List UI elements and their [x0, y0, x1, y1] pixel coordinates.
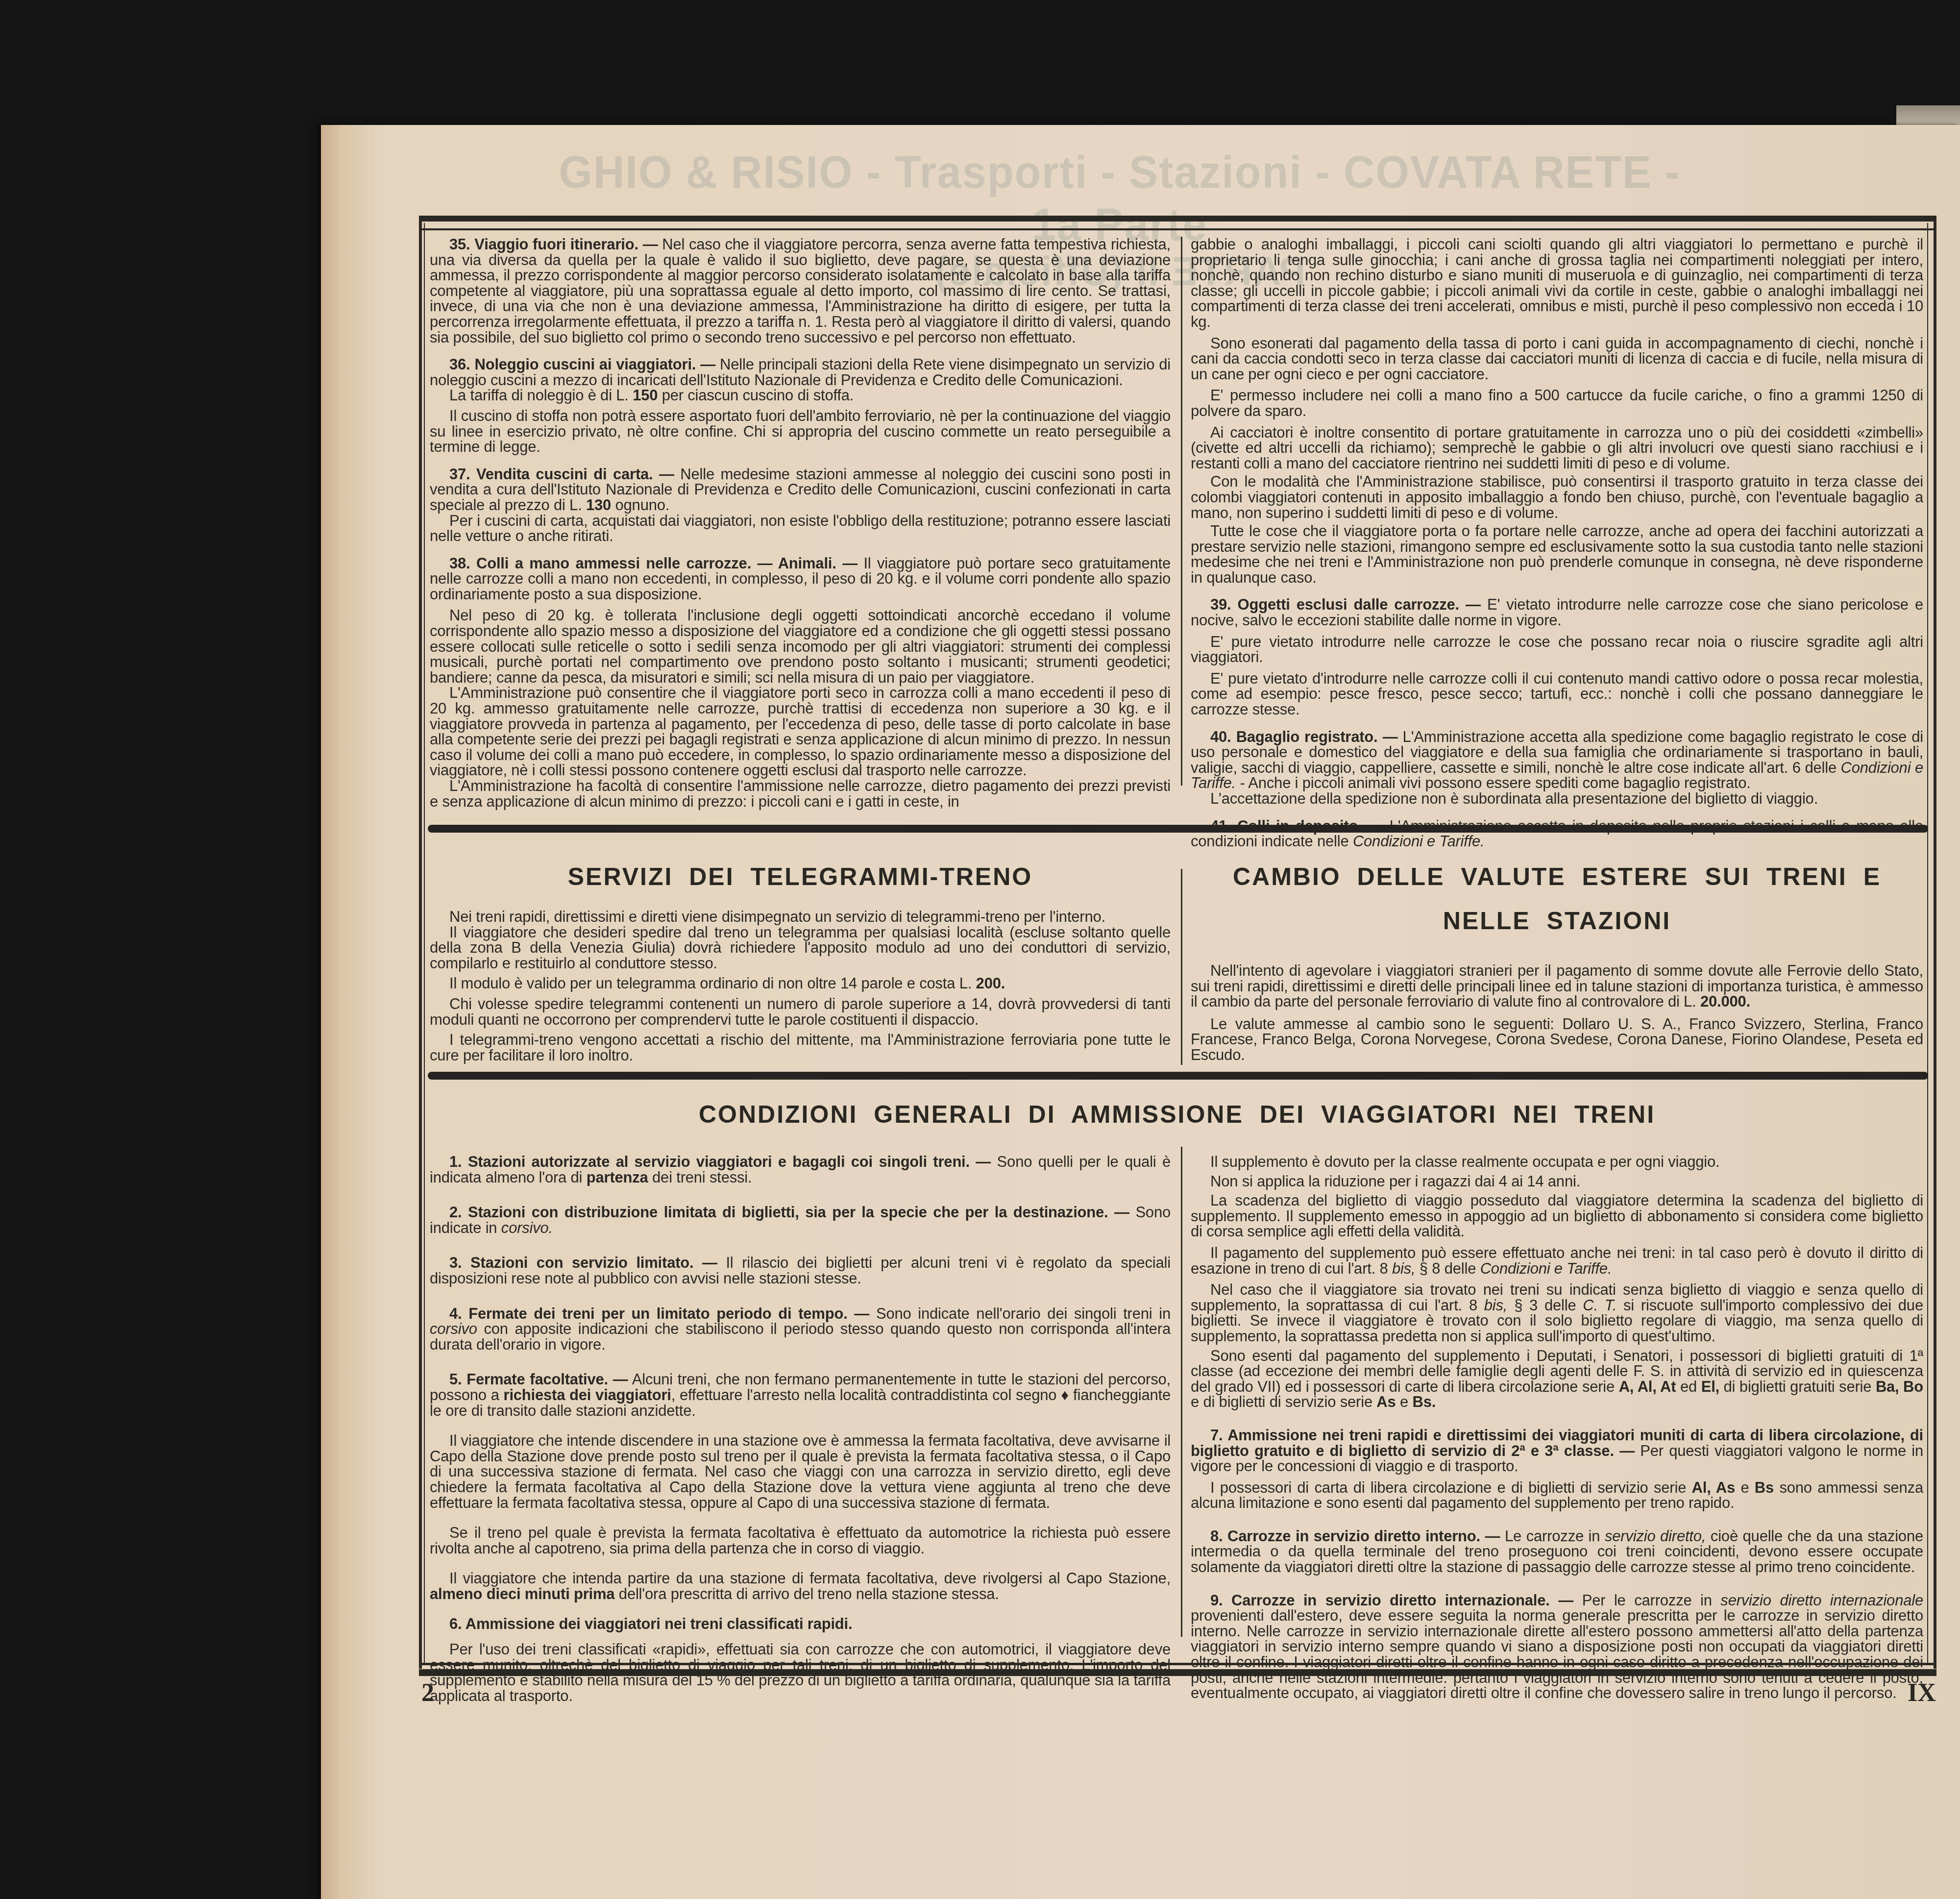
article-5: 5. Fermate facoltative. — Alcuni treni, … — [430, 1372, 1171, 1418]
section-38: 38. Colli a mano ammessi nelle carrozze.… — [430, 556, 1171, 602]
column-divider-bottom — [1181, 1147, 1182, 1637]
section-36-title: 36. Noleggio cuscini ai viaggiatori. — — [449, 356, 715, 373]
paper-cushion-price: 130 — [586, 496, 611, 514]
article-3: 3. Stazioni con servizio limitato. — Il … — [430, 1255, 1171, 1286]
section-37-title: 37. Vendita cuscini di carta. — — [449, 466, 674, 483]
article-4: 4. Fermate dei treni per un limitato per… — [430, 1306, 1171, 1353]
top-left-column: 35. Viaggio fuori itinerario. — Nel caso… — [430, 237, 1171, 809]
section-38-title: 38. Colli a mano ammessi nelle carrozze.… — [449, 555, 857, 572]
section-37: 37. Vendita cuscini di carta. — Nelle me… — [430, 467, 1171, 513]
cambio-title-line2: NELLE STAZIONI — [1191, 907, 1923, 935]
condizioni-title: CONDIZIONI GENERALI DI AMMISSIONE DEI VI… — [430, 1100, 1924, 1129]
section-40-title: 40. Bagaglio registrato. — — [1210, 728, 1397, 745]
telegrammi-section: Nei treni rapidi, direttissimi e diretti… — [430, 909, 1171, 1063]
telegram-price: 200. — [976, 975, 1005, 992]
article-2: 2. Stazioni con distribuzione limitata d… — [430, 1205, 1171, 1235]
article-6: 6. Ammissione dei viaggiatori nei treni … — [430, 1616, 1171, 1632]
section-36: 36. Noleggio cuscini ai viaggiatori. — N… — [430, 357, 1171, 388]
section-39: 39. Oggetti esclusi dalle carrozze. — E'… — [1191, 597, 1923, 628]
article-8: 8. Carrozze in servizio diretto interno.… — [1191, 1529, 1923, 1575]
book-page: GHIO & RISIO - Trasporti - Stazioni - CO… — [321, 125, 1960, 1899]
cushin-rental-price: 150 — [633, 387, 658, 404]
section-divider-2 — [428, 1072, 1928, 1080]
top-right-column: gabbie o analoghi imballaggi, i piccoli … — [1191, 237, 1923, 849]
section-39-title: 39. Oggetti esclusi dalle carrozze. — — [1210, 596, 1481, 613]
left-page-number: 2 — [421, 1678, 434, 1707]
section-40: 40. Bagaglio registrato. — L'Amministraz… — [1191, 729, 1923, 791]
condizioni-right-column: Il supplemento è dovuto per la classe re… — [1191, 1154, 1923, 1701]
article-7: 7. Ammissione nei treni rapidi e diretti… — [1191, 1428, 1923, 1474]
right-page-number: IX — [1908, 1678, 1936, 1707]
telegrammi-title: SERVIZI DEI TELEGRAMMI-TRENO — [430, 863, 1171, 891]
section-divider-1 — [428, 825, 1928, 833]
column-divider-top — [1181, 237, 1182, 786]
frame-inner-line-left — [424, 223, 425, 1664]
frame-inner-line-right — [1927, 223, 1928, 1664]
cambio-title-line1: CAMBIO DELLE VALUTE ESTERE SUI TRENI E — [1191, 863, 1923, 891]
article-1: 1. Stazioni autorizzate al servizio viag… — [430, 1154, 1171, 1185]
section-35-title: 35. Viaggio fuori itinerario. — — [449, 236, 658, 253]
section-35: 35. Viaggio fuori itinerario. — Nel caso… — [430, 237, 1171, 345]
condizioni-left-column: 1. Stazioni autorizzate al servizio viag… — [430, 1154, 1171, 1703]
section-41: 41. Colli in deposito. — L'Amministrazio… — [1191, 818, 1923, 849]
frame-bottom-rule — [419, 1663, 1936, 1676]
article-9: 9. Carrozze in servizio diretto internaz… — [1191, 1593, 1923, 1701]
exchange-limit-amount: 20.000. — [1700, 993, 1750, 1010]
column-divider-middle — [1181, 869, 1182, 1065]
cambio-section: Nell'intento di agevolare i viaggiatori … — [1191, 963, 1923, 1063]
